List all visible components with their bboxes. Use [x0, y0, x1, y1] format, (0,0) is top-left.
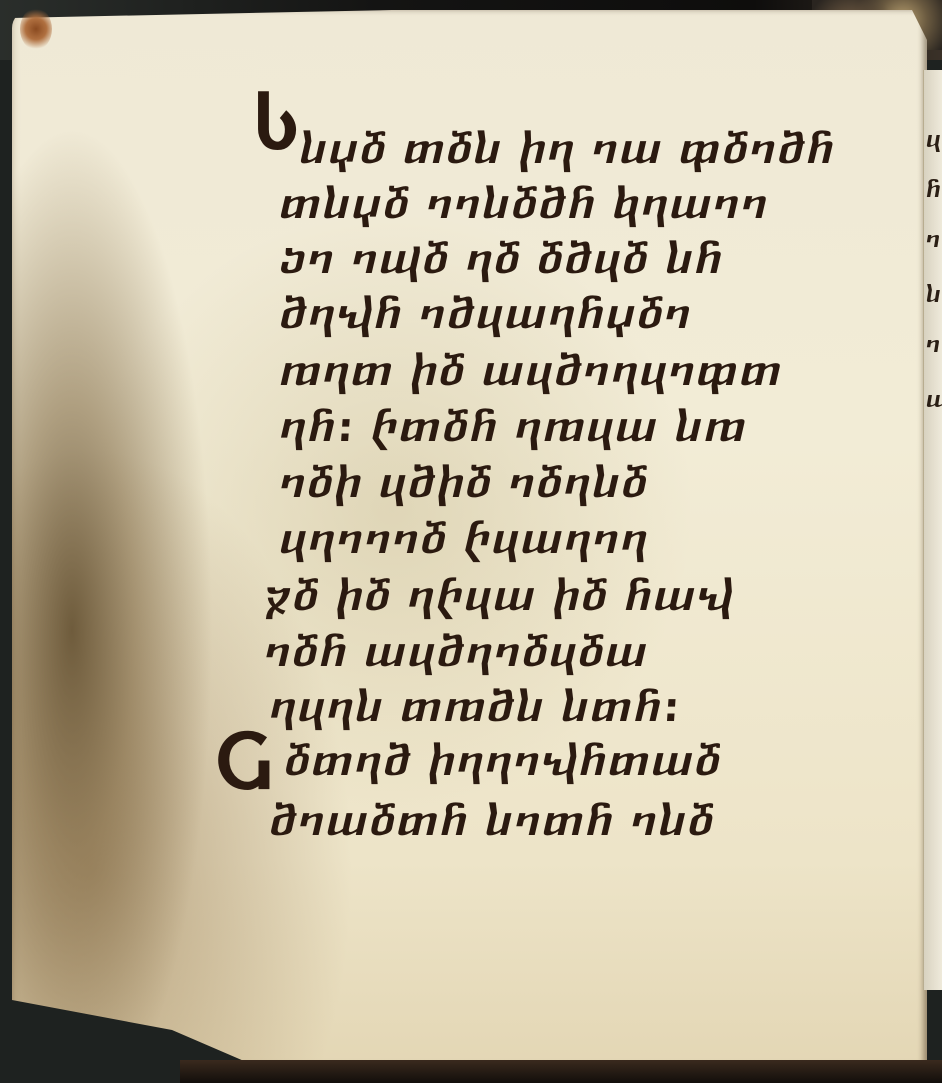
text-line: ⴄⴗⴄⴑ ⴇⴊⴋⴑ ⴑⴇⴌ: [269, 688, 683, 728]
large-initial-letter: Ⴚ [215, 730, 272, 800]
facing-glyph: ⴈ [926, 335, 940, 357]
rust-stain [20, 8, 52, 50]
facing-glyph: ⴑ [926, 285, 941, 307]
text-line: ⴄⴌ: ⴡⴇⴃⴌ ⴄⴊⴗⴍ ⴑⴊ [279, 408, 750, 448]
text-line: ⴋⴈⴍⴃⴇⴌ ⴑⴈⴇⴌ ⴈⴑⴃ [269, 802, 717, 842]
text-line: ⴊⴄⴇ ⴙⴃ ⴍⴗⴋⴈⴄⴗⴈⴔⴇ [279, 352, 786, 392]
text-line: ⴈⴃⴌ ⴍⴗⴋⴄⴈⴃⴗⴃⴍ [264, 633, 651, 673]
text-line: ⴟⴃ ⴙⴃ ⴄⴡⴗⴍ ⴙⴃ ⴌⴍⴏ [264, 577, 737, 617]
show-through-marks [700, 830, 840, 930]
text-line: ⴢⴈ ⴈⴓⴃ ⴄⴃ ⴃⴋⴗⴃ ⴑⴌ [279, 240, 726, 280]
text-line: ⴈⴃⴙ ⴗⴋⴙⴃ ⴈⴃⴄⴑⴃ [279, 464, 651, 504]
text-line: ⴇⴑⴤⴃ ⴈⴈⴑⴃⴋⴌ ⴉⴄⴍⴈⴈ [279, 185, 771, 225]
text-line: ⴑⴤⴃ ⴇⴃⴑ ⴙⴄ ⴈⴍ ⴔⴃⴈⴋⴌ [299, 130, 838, 170]
facing-glyph: ⴌ [926, 180, 941, 202]
text-line: ⴋⴄⴏⴌ ⴈⴋⴗⴍⴄⴌⴤⴃⴈ [279, 295, 695, 335]
facing-glyph: ⴍ [926, 390, 942, 412]
facing-page-edge: ⴗ ⴌ ⴈ ⴑ ⴈ ⴍ [923, 70, 942, 990]
facing-glyph: ⴈ [926, 230, 940, 252]
initial-letter: Ⴑ [255, 90, 298, 160]
text-line: ⴗⴄⴈⴈⴈⴃ ⴡⴗⴍⴄⴈⴄ [279, 520, 652, 560]
facing-glyph: ⴗ [926, 130, 941, 152]
text-line: ⴃⴇⴄⴋ ⴙⴄⴄⴈⴏⴌⴇⴍⴃ [284, 742, 724, 782]
bottom-shadow [180, 1060, 942, 1083]
